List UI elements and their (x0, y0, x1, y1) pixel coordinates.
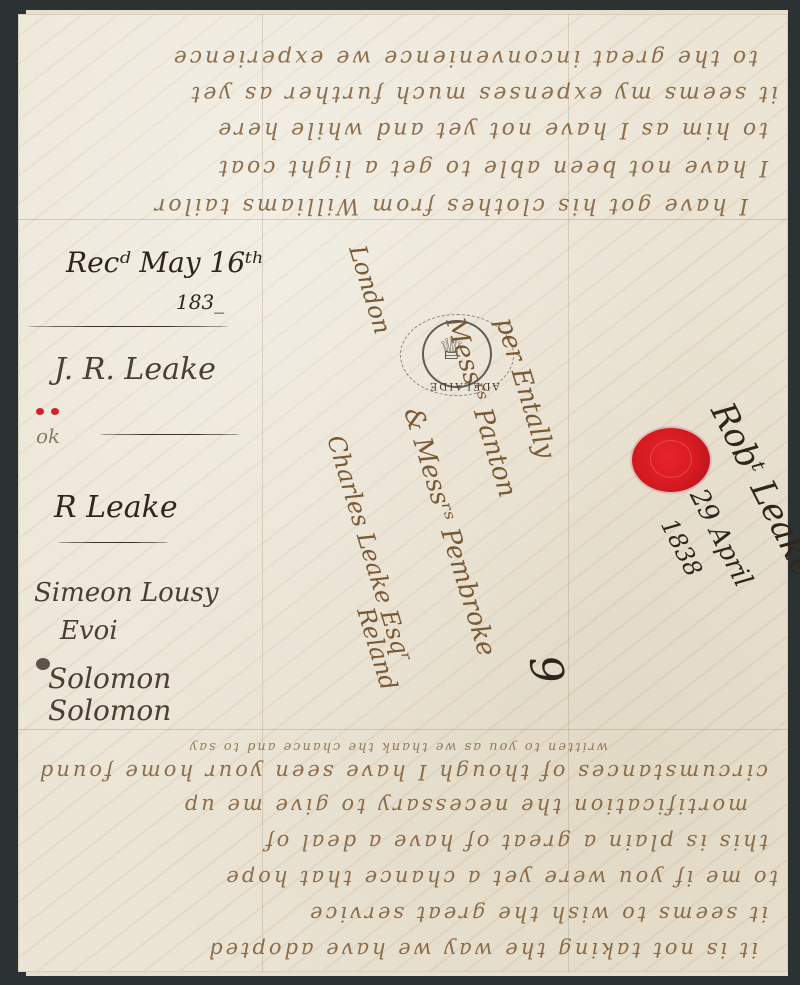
name: Simeon Lousy (34, 578, 219, 608)
text-line: it seems my expenses much further as yet (189, 81, 779, 106)
flourish (28, 326, 228, 327)
text-line: to him as I have not yet and while here (215, 117, 768, 142)
text-line: it seems to wish the great service (307, 902, 768, 926)
text-line: to the great inconvenience we experience (171, 45, 758, 70)
flourish (58, 542, 168, 543)
margin-mark: ok (36, 424, 60, 448)
letter-sheet: I have got his clothes from Williams tai… (18, 14, 788, 972)
text-line: I have got his clothes from Williams tai… (152, 193, 748, 218)
name: Evoi (60, 616, 118, 646)
red-wax-spot (36, 408, 44, 415)
flourish (100, 434, 240, 435)
signature: J. R. Leake (54, 352, 216, 387)
seal-impression (650, 440, 692, 478)
name: Solomon (48, 662, 171, 695)
received-date: Recᵈ May 16ᵗʰ (66, 246, 264, 279)
text-line: mortification the necessary to give me u… (182, 794, 748, 818)
signature: R Leake (54, 490, 178, 525)
text-line: circumstances of though I have seen your… (37, 760, 768, 784)
text-line: this is plain a great of have a deal of (263, 830, 768, 854)
address-line: London (343, 242, 396, 337)
red-wax-spot (51, 408, 59, 415)
text-line: to me if you were yet a chance that hope (223, 866, 778, 890)
upside-down-text-bottom: it is not taking the way we have adopted… (18, 730, 788, 970)
postage-marking: 9 (518, 651, 573, 687)
upside-down-text-top: I have got his clothes from Williams tai… (18, 28, 788, 228)
text-line: I have not been able to get a light coat (216, 155, 768, 180)
received-year: 183_ (176, 290, 224, 314)
text-line: written to you as we thank the chance an… (188, 739, 608, 754)
red-wax-seal (632, 428, 710, 492)
name: Solomon (48, 694, 171, 727)
text-line: it is not taking the way we have adopted (206, 938, 758, 962)
